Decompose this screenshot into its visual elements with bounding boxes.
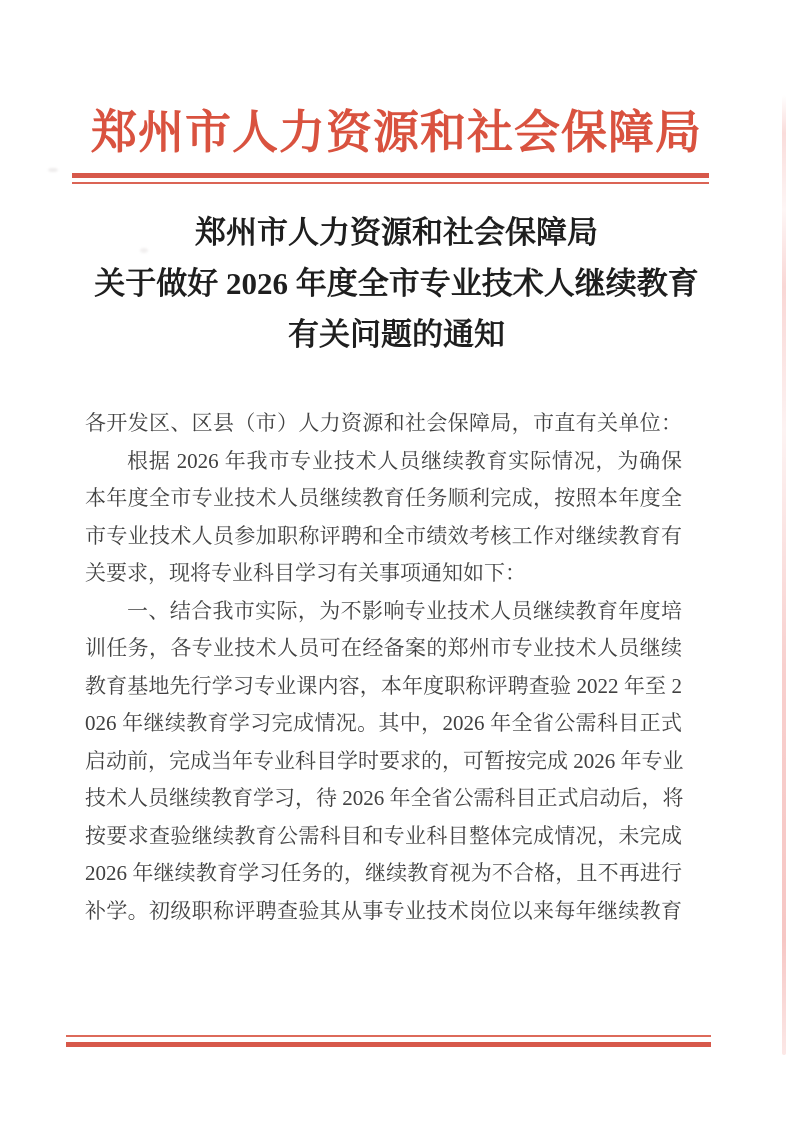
separator-line-thin [66,1035,711,1037]
separator-line-thick [66,1042,711,1047]
letterhead-title: 郑州市人力资源和社会保障局 [0,103,793,163]
document-body: 各开发区、区县（市）人力资源和社会保障局，市直有关单位： 根据 2026 年我市… [85,405,682,930]
body-line: 026 年继续教育学习完成情况。其中，2026 年全省公需科目正式 [85,705,682,743]
separator-line-thick [72,173,709,178]
body-line: 补学。初级职称评聘查验其从事专业技术岗位以来每年继续教育 [85,893,682,931]
document-title-line-2: 关于做好 2026 年度全市专业技术人继续教育 [0,258,793,309]
body-line: 关要求，现将专业科目学习有关事项通知如下： [85,555,682,593]
body-line: 市专业技术人员参加职称评聘和全市绩效考核工作对继续教育有 [85,518,682,556]
separator-line-thin [72,182,709,184]
body-line: 启动前，完成当年专业科目学时要求的，可暂按完成 2026 年专业 [85,743,682,781]
scan-artifact-right-edge [782,95,786,1055]
body-line: 教育基地先行学习专业课内容，本年度职称评聘查验 2022 年至 2 [85,668,682,706]
document-title-line-3: 有关问题的通知 [0,309,793,360]
document-title: 郑州市人力资源和社会保障局 关于做好 2026 年度全市专业技术人继续教育 有关… [0,207,793,360]
body-line: 一、结合我市实际，为不影响专业技术人员继续教育年度培 [85,593,682,631]
body-line: 按要求查验继续教育公需科目和专业科目整体完成情况，未完成 [85,818,682,856]
scanned-document-page: 郑州市人力资源和社会保障局 郑州市人力资源和社会保障局 关于做好 2026 年度… [0,0,793,1122]
document-title-line-1: 郑州市人力资源和社会保障局 [0,207,793,258]
body-line: 技术人员继续教育学习，待 2026 年全省公需科目正式启动后，将 [85,780,682,818]
body-line: 根据 2026 年我市专业技术人员继续教育实际情况，为确保 [85,443,682,481]
letterhead-separator [72,173,709,184]
body-line: 本年度全市专业技术人员继续教育任务顺利完成，按照本年度全 [85,480,682,518]
body-line: 2026 年继续教育学习任务的，继续教育视为不合格，且不再进行 [85,855,682,893]
body-line: 训任务，各专业技术人员可在经备案的郑州市专业技术人员继续 [85,630,682,668]
scan-smudge [48,168,58,172]
next-page-edge-separator [66,1035,711,1047]
scan-smudge [140,248,148,253]
body-line: 各开发区、区县（市）人力资源和社会保障局，市直有关单位： [85,405,682,443]
